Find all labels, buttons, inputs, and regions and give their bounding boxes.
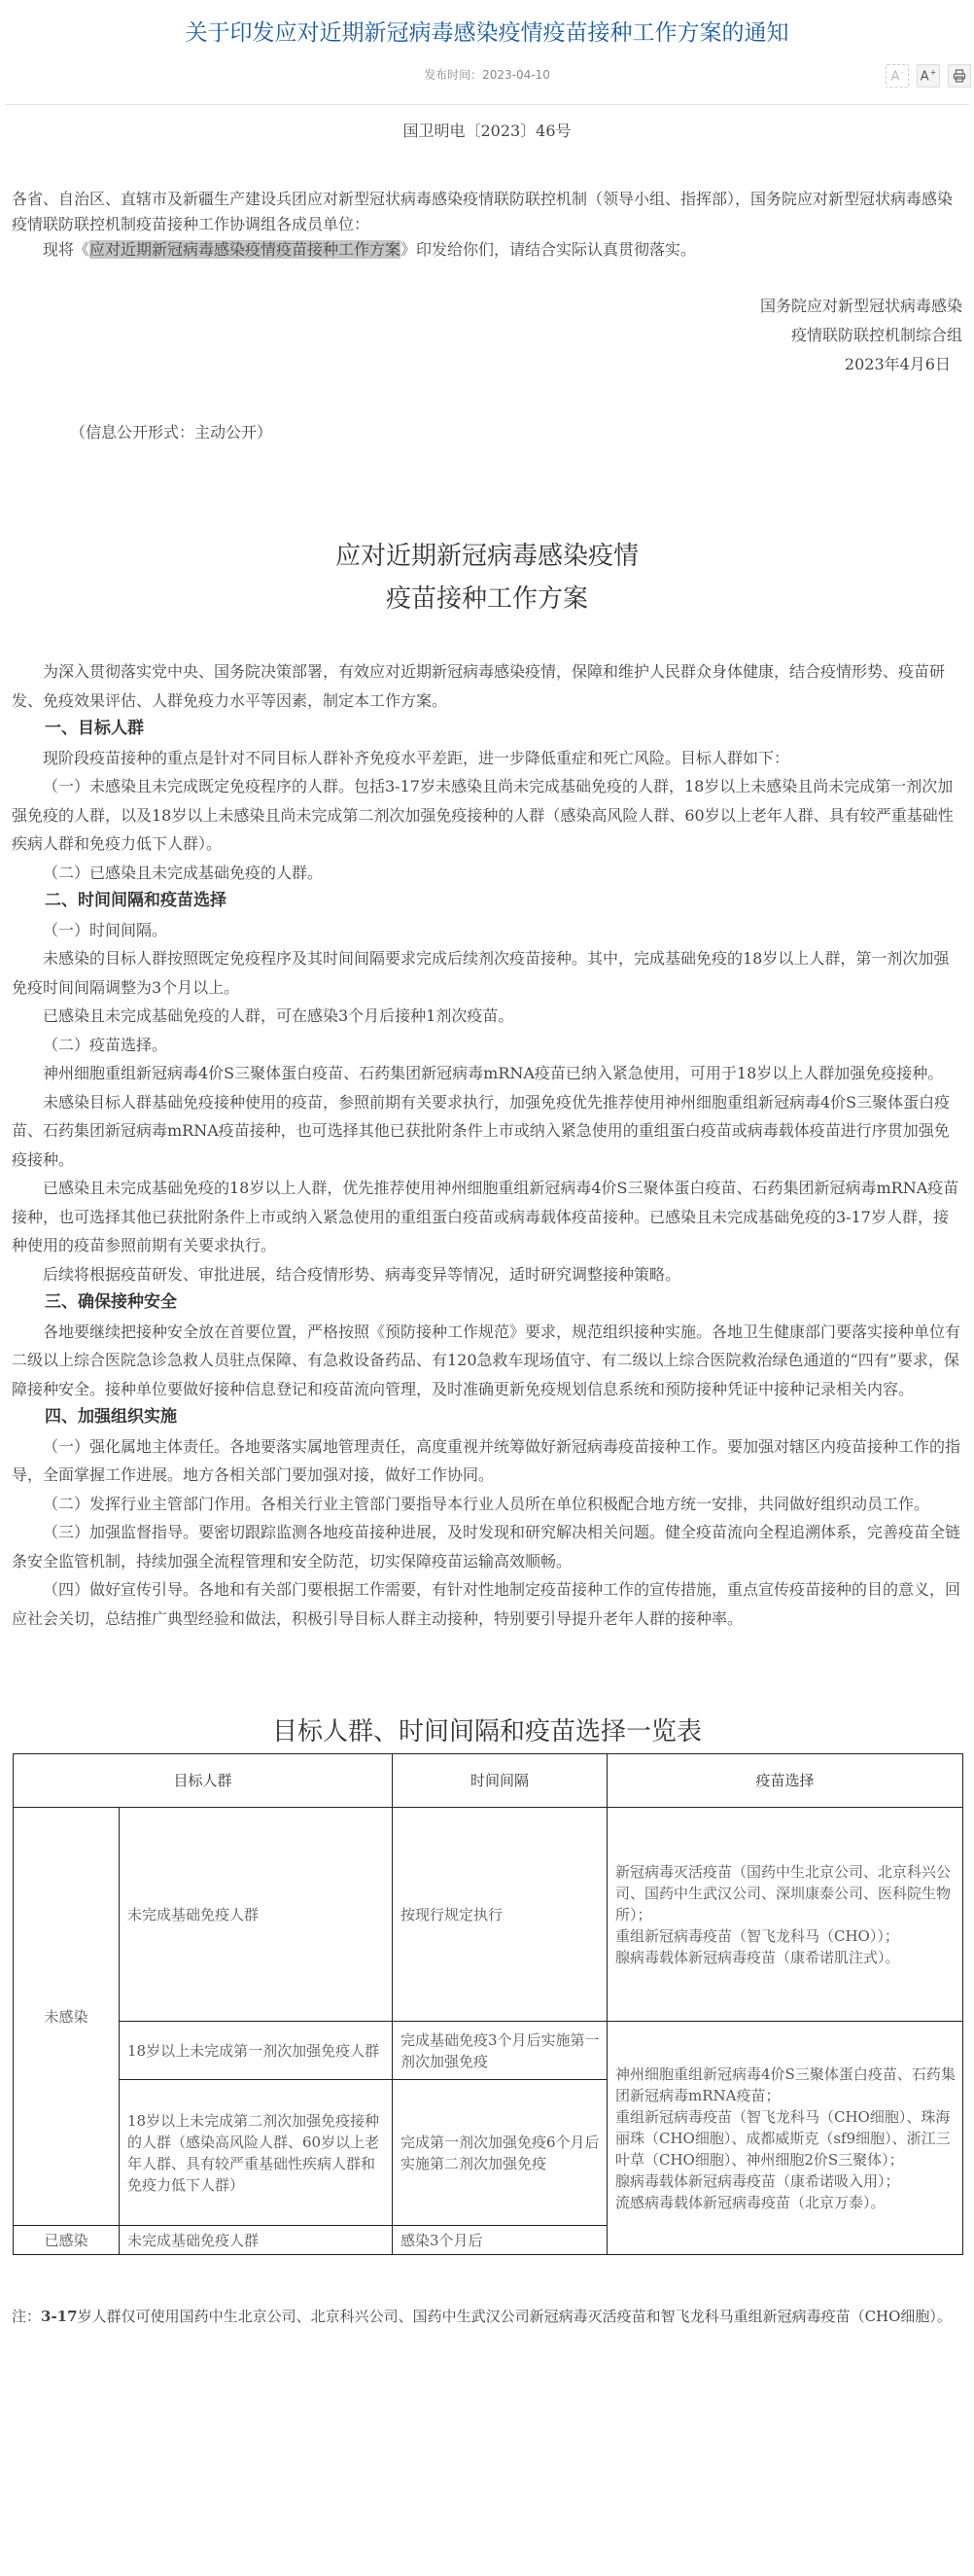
publish-date: 2023-04-10 xyxy=(482,68,550,82)
addressee: 各省、自治区、直辖市及新疆生产建设兵团应对新型冠状病毒感染疫情联防联控机制（领导… xyxy=(12,187,962,237)
article-header: 关于印发应对近期新冠病毒感染疫情疫苗接种工作方案的通知 发布时间：2023-04… xyxy=(0,0,974,105)
paragraph: （一）时间间隔。 xyxy=(12,916,962,945)
header-divider xyxy=(5,104,969,105)
paragraph: （四）做好宣传引导。各地和有关部门要根据工作需要，有针对性地制定疫苗接种工作的宣… xyxy=(12,1575,962,1633)
paragraph: 未感染的目标人群按照既定免疫程序及其时间间隔要求完成后续剂次疫苗接种。其中，完成… xyxy=(12,944,962,1002)
signature-block: 国务院应对新型冠状病毒感染 疫情联防联控机制综合组 2023年4月6日 xyxy=(12,292,962,379)
document-number: 国卫明电〔2023〕46号 xyxy=(12,119,962,144)
summary-table: 目标人群 时间间隔 疫苗选择 未感染 未完成基础免疫人群 按现行规定执行 新冠病… xyxy=(13,1753,963,2255)
vaccine-cell-booster: 神州细胞重组新冠病毒4价S三聚体蛋白疫苗、石药集团新冠病毒mRNA疫苗； 重组新… xyxy=(608,2022,963,2255)
population-cell: 18岁以上未完成第二剂次加强免疫接种的人群（感染高风险人群、60岁以上老年人群、… xyxy=(120,2080,393,2226)
header-target-population: 目标人群 xyxy=(14,1754,393,1808)
paragraph: 现阶段疫苗接种的重点是针对不同目标人群补齐免疫水平差距，进一步降低重症和死亡风险… xyxy=(12,744,962,773)
section-heading: 三、确保接种安全 xyxy=(12,1288,962,1318)
paragraph: 已感染且未完成基础免疫的18岁以上人群，优先推荐使用神州细胞重组新冠病毒4价S三… xyxy=(12,1174,962,1260)
table-header-row: 目标人群 时间间隔 疫苗选择 xyxy=(14,1754,963,1808)
group-infected: 已感染 xyxy=(14,2226,120,2255)
table-row: 18岁以上未完成第一剂次加强免疫人群 完成基础免疫3个月后实施第一剂次加强免疫 … xyxy=(14,2022,963,2080)
notice-body: 现将《应对近期新冠病毒感染疫情疫苗接种工作方案》印发给你们，请结合实际认真贯彻落… xyxy=(12,237,962,263)
plan-title: 应对近期新冠病毒感染疫情 疫苗接种工作方案 xyxy=(12,535,962,620)
font-increase-button[interactable]: A+ xyxy=(917,64,940,88)
signer-line-2: 疫情联防联控机制综合组 xyxy=(12,321,962,350)
interval-cell: 感染3个月后 xyxy=(393,2226,608,2255)
paragraph: 已感染且未完成基础免疫的人群，可在感染3个月后接种1剂次疫苗。 xyxy=(12,1002,962,1031)
font-decrease-icon: A- xyxy=(891,68,904,84)
toolbar: A- A+ xyxy=(886,64,971,88)
publish-time: 发布时间：2023-04-10 xyxy=(0,66,974,83)
group-uninfected: 未感染 xyxy=(14,1808,120,2226)
interval-cell: 完成基础免疫3个月后实施第一剂次加强免疫 xyxy=(393,2022,608,2080)
disclosure-note: （信息公开形式：主动公开） xyxy=(12,420,962,445)
publish-label: 发布时间： xyxy=(424,68,482,82)
section-heading: 四、加强组织实施 xyxy=(12,1403,962,1432)
population-cell: 18岁以上未完成第一剂次加强免疫人群 xyxy=(120,2022,393,2080)
table-note: 注：3-17岁人群仅可使用国药中生北京公司、北京科兴公司、国药中生武汉公司新冠病… xyxy=(0,2304,974,2329)
paragraph: 后续将根据疫苗研发、审批进展，结合疫情形势、病毒变异等情况，适时研究调整接种策略… xyxy=(12,1260,962,1289)
vaccine-cell: 新冠病毒灭活疫苗（国药中生北京公司、北京科兴公司、国药中生武汉公司、深圳康泰公司… xyxy=(608,1808,963,2022)
paragraph: （二）疫苗选择。 xyxy=(12,1031,962,1060)
font-decrease-button[interactable]: A- xyxy=(886,64,909,88)
population-cell: 未完成基础免疫人群 xyxy=(120,2226,393,2255)
sign-date: 2023年4月6日 xyxy=(12,350,962,379)
note-age: 3-17 xyxy=(41,2308,78,2325)
note-text: 岁人群仅可使用国药中生北京公司、北京科兴公司、国药中生武汉公司新冠病毒灭活疫苗和… xyxy=(78,2308,952,2325)
paragraph: 各地要继续把接种安全放在首要位置，严格按照《预防接种工作规范》要求，规范组织接种… xyxy=(12,1318,962,1404)
interval-cell: 完成第一剂次加强免疫6个月后实施第二剂次加强免疫 xyxy=(393,2080,608,2226)
article-title: 关于印发应对近期新冠病毒感染疫情疫苗接种工作方案的通知 xyxy=(0,14,974,53)
font-increase-icon: A+ xyxy=(921,68,937,84)
section-heading: 二、时间间隔和疫苗选择 xyxy=(12,887,962,916)
paragraph: （二）已感染且未完成基础免疫的人群。 xyxy=(12,859,962,888)
header-vaccine-choice: 疫苗选择 xyxy=(608,1754,963,1808)
plan-body: 为深入贯彻落实党中央、国务院决策部署，有效应对近期新冠病毒感染疫情，保障和维护人… xyxy=(12,657,962,1633)
print-button[interactable] xyxy=(948,64,971,88)
header-time-interval: 时间间隔 xyxy=(393,1754,608,1808)
signer-line-1: 国务院应对新型冠状病毒感染 xyxy=(12,292,962,321)
print-icon xyxy=(953,69,966,83)
paragraph: （三）加强监督指导。要密切跟踪监测各地疫苗接种进展，及时发现和研究解决相关问题。… xyxy=(12,1518,962,1575)
paragraph: （一）未感染且未完成既定免疫程序的人群。包括3-17岁未感染且尚未完成基础免疫的… xyxy=(12,772,962,859)
highlighted-plan-title: 应对近期新冠病毒感染疫情疫苗接种工作方案 xyxy=(89,240,400,259)
article-content: 国卫明电〔2023〕46号 各省、自治区、直辖市及新疆生产建设兵团应对新型冠状病… xyxy=(0,119,974,1753)
paragraph: （二）发挥行业主管部门作用。各相关行业主管部门要指导本行业人员所在单位积极配合地… xyxy=(12,1490,962,1519)
note-label: 注： xyxy=(12,2308,41,2325)
plan-intro: 为深入贯彻落实党中央、国务院决策部署，有效应对近期新冠病毒感染疫情，保障和维护人… xyxy=(12,657,962,715)
population-cell: 未完成基础免疫人群 xyxy=(120,1808,393,2022)
paragraph: 未感染目标人群基础免疫接种使用的疫苗，参照前期有关要求执行，加强免疫优先推荐使用… xyxy=(12,1088,962,1175)
table-title: 目标人群、时间间隔和疫苗选择一览表 xyxy=(12,1711,962,1753)
paragraph: 神州细胞重组新冠病毒4价S三聚体蛋白疫苗、石药集团新冠病毒mRNA疫苗已纳入紧急… xyxy=(12,1059,962,1088)
section-heading: 一、目标人群 xyxy=(12,715,962,744)
interval-cell: 按现行规定执行 xyxy=(393,1808,608,2022)
meta-row: 发布时间：2023-04-10 A- A+ xyxy=(0,53,974,101)
paragraph: （一）强化属地主体责任。各地要落实属地管理责任，高度重视并统筹做好新冠病毒疫苗接… xyxy=(12,1432,962,1490)
table-row: 未感染 未完成基础免疫人群 按现行规定执行 新冠病毒灭活疫苗（国药中生北京公司、… xyxy=(14,1808,963,2022)
